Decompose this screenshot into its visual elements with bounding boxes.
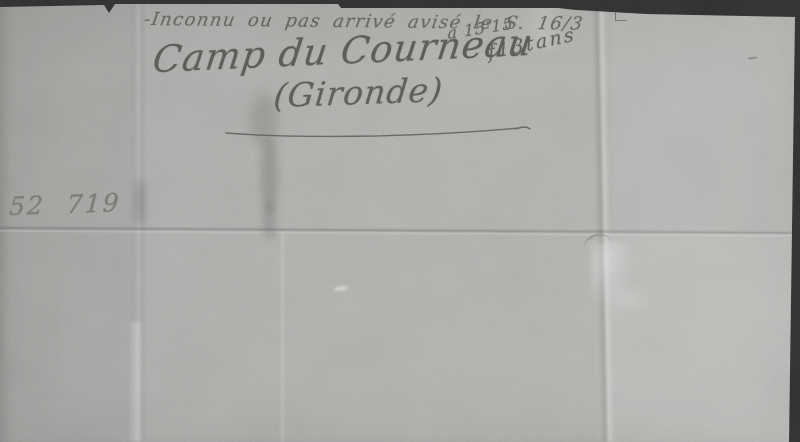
corner-pencil-mark bbox=[615, 11, 627, 21]
stray-pencil-dash bbox=[748, 56, 757, 59]
ink-smudge-middle bbox=[261, 138, 278, 212]
underline-stroke bbox=[222, 118, 542, 142]
reference-number: 52 719 bbox=[8, 188, 121, 221]
scanned-document: -Inconnu ou pas arrivé avisé le S. 16/3 … bbox=[0, 0, 800, 442]
fold-highlight-left bbox=[128, 322, 144, 442]
gironde-subtitle: (Gironde) bbox=[272, 70, 445, 115]
horizontal-fold bbox=[0, 226, 800, 237]
paper-sheet: -Inconnu ou pas arrivé avisé le S. 16/3 … bbox=[0, 0, 800, 442]
ink-smudge-lower bbox=[263, 202, 276, 240]
wrinkle-highlight-lower bbox=[600, 282, 654, 316]
fold-stain-left bbox=[135, 178, 145, 226]
vertical-fold-left bbox=[133, 0, 146, 442]
wrinkle-highlight bbox=[590, 242, 634, 306]
paper-fleck bbox=[334, 285, 349, 292]
vertical-fold-right bbox=[592, 8, 615, 442]
shading-top-right-panel bbox=[612, 14, 800, 232]
wrinkle-shadow bbox=[582, 231, 614, 259]
shading-bottom-right-panel bbox=[594, 231, 800, 442]
vertical-fold-center bbox=[279, 232, 286, 442]
shading-left-panel bbox=[0, 0, 143, 442]
